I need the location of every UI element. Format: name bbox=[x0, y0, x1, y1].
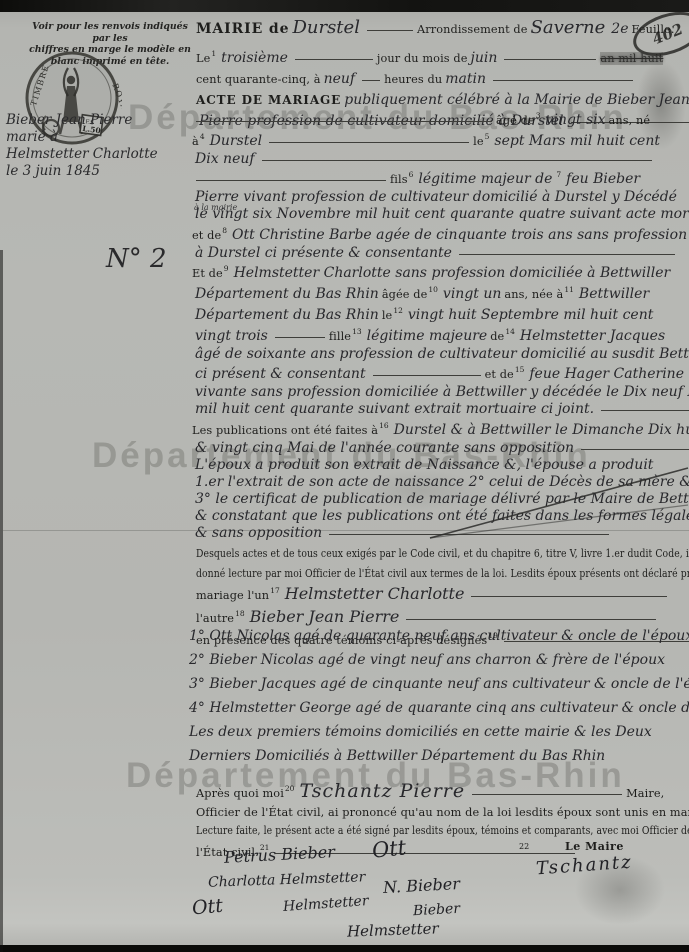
handwritten-text: troisième bbox=[221, 50, 288, 66]
text-line: Et de9Helmstetter Charlotte sans profess… bbox=[192, 261, 688, 282]
signature: Helmstetter bbox=[283, 893, 369, 915]
signature: N. Bieber bbox=[383, 874, 461, 897]
handwritten-text: vingt trois bbox=[195, 328, 268, 344]
handwritten-text: & vingt cinq Mai de l'année courante san… bbox=[195, 440, 574, 456]
handwritten-text: vingt six bbox=[546, 112, 606, 128]
printed-text: cent quarante-cinq, à bbox=[196, 73, 321, 86]
form-rule bbox=[367, 27, 413, 31]
revenue-stamp-left-text: TIMBRE bbox=[29, 63, 51, 107]
form-rule bbox=[329, 531, 609, 535]
handwritten-text: 3° Bieber Jacques agé de cinquante neuf … bbox=[189, 676, 689, 692]
form-rule bbox=[196, 177, 386, 181]
footnote-ref: 1 bbox=[211, 49, 216, 58]
text-line: 1° Ott Nicolas agé de quarante neuf ans … bbox=[186, 624, 686, 648]
handwritten-text: 4° Helmstetter George agé de quarante ci… bbox=[189, 700, 689, 716]
handwritten-text: Ott Christine Barbe agée de cinquante tr… bbox=[232, 227, 689, 243]
form-rule bbox=[471, 593, 667, 597]
text-line: le vingt six Novembre mil huit cent quar… bbox=[192, 205, 688, 222]
text-line: L'époux a produit son extrait de Naissan… bbox=[192, 456, 688, 473]
form-rule bbox=[196, 118, 492, 122]
printed-text: heures du bbox=[384, 73, 442, 86]
handwritten-text: 3° le certificat de publication de maria… bbox=[195, 491, 689, 507]
form-rule bbox=[472, 791, 622, 795]
printed-text: âgée de bbox=[382, 288, 428, 301]
text-line: ACTE DE MARIAGEpubliquement célébré à la… bbox=[196, 89, 686, 110]
handwritten-text: Dix neuf bbox=[195, 151, 255, 167]
footnote-ref: 12 bbox=[393, 306, 403, 315]
form-rule bbox=[295, 56, 373, 60]
text-line: Officier de l'État civil, ai prononcé qu… bbox=[196, 803, 686, 822]
text-line: Après quoi moi20Tschantz PierreMaire, bbox=[196, 781, 686, 803]
printed-text: Le bbox=[196, 52, 210, 65]
text-line: mil huit cent quarante suivant extrait m… bbox=[192, 400, 688, 417]
footnote-ref: 16 bbox=[379, 421, 389, 430]
printed-text: donné lecture par moi Officier de l'État… bbox=[196, 567, 689, 580]
handwritten-text: Durstel bbox=[292, 17, 360, 38]
text-line: Pierre vivant profession de cultivateur … bbox=[192, 188, 688, 205]
handwritten-text: juin bbox=[471, 50, 498, 66]
handwritten-text: Tschantz Pierre bbox=[299, 780, 465, 802]
text-line: Le1troisièmejour du mois dejuinan mil hu… bbox=[196, 44, 686, 68]
handwritten-text: le vingt six Novembre mil huit cent quar… bbox=[195, 206, 689, 222]
interline-correction: à la mairie bbox=[194, 203, 237, 212]
printed-margin-instruction-line2: chiffres en marge le modèle en blanc imp… bbox=[26, 44, 194, 67]
handwritten-text: L'époux a produit son extrait de Naissan… bbox=[195, 457, 653, 473]
text-line: & constatant que les publications ont ét… bbox=[192, 507, 688, 524]
footnote-ref: 20 bbox=[285, 784, 295, 793]
form-rule bbox=[601, 407, 689, 411]
text-line: & sans opposition bbox=[192, 524, 688, 541]
handwritten-text: vingt un bbox=[443, 286, 501, 302]
handwritten-text: Helmstetter Charlotte sans profession do… bbox=[234, 265, 671, 281]
handwritten-text: légitime majeur de bbox=[418, 171, 552, 187]
printed-text: mariage l'un bbox=[196, 589, 269, 602]
handwritten-text: Durstel & à Bettwiller le Dimanche Dix h… bbox=[394, 422, 689, 438]
text-line: 4° Helmstetter George agé de quarante ci… bbox=[186, 696, 686, 720]
text-line: Derniers Domiciliés à Bettwiller Départe… bbox=[186, 744, 686, 768]
handwritten-text: 2e bbox=[611, 21, 628, 37]
text-line: à Durstel ci présente & consentante bbox=[192, 244, 688, 261]
handwritten-text: Bettwiller bbox=[579, 286, 649, 302]
signature: Helmstetter bbox=[347, 919, 439, 940]
margin-annotation-line: Helmstetter Charlotte bbox=[6, 146, 186, 163]
printed-text: ans, né bbox=[609, 114, 651, 127]
printed-text: à bbox=[192, 135, 199, 148]
handwritten-text: feu Bieber bbox=[566, 171, 640, 187]
printed-margin-instruction: Voir pour les renvois indiqués par les c… bbox=[26, 21, 194, 67]
form-rule bbox=[459, 251, 675, 255]
footnote-ref: 18 bbox=[235, 609, 245, 618]
printed-text: et de bbox=[192, 229, 221, 242]
handwritten-text: vingt huit Septembre mil huit cent bbox=[408, 307, 653, 323]
footnote-ref: 14 bbox=[505, 327, 515, 336]
text-line: vivante sans profession domiciliée à Bet… bbox=[192, 383, 688, 400]
text-line: MAIRIE deDurstelArrondissement deSaverne… bbox=[196, 13, 686, 44]
handwritten-text: matin bbox=[445, 71, 486, 87]
text-line: vingt troisfille13légitime majeurede14He… bbox=[192, 324, 688, 345]
handwritten-text: à Durstel ci présente & consentante bbox=[195, 245, 452, 261]
footnote-ref: 5 bbox=[485, 132, 490, 141]
form-rule bbox=[373, 372, 481, 376]
handwritten-text: âgé de soixante ans profession de cultiv… bbox=[195, 346, 689, 362]
text-line: Les publications ont été faites à16Durst… bbox=[192, 418, 688, 439]
scanned-marriage-act-page: Département du Bas-Rhin Département du B… bbox=[0, 0, 689, 952]
printed-text: MAIRIE de bbox=[196, 21, 289, 37]
form-rule bbox=[275, 334, 325, 338]
printed-text: ans, née à bbox=[504, 288, 563, 301]
handwritten-text: Les deux premiers témoins domiciliés en … bbox=[189, 724, 652, 740]
handwritten-text: & sans opposition bbox=[195, 525, 322, 541]
footnote-ref: 3 bbox=[536, 111, 541, 120]
margin-annotation-line: Bieber Jean Pierre bbox=[6, 112, 186, 129]
printed-text: Arrondissement de bbox=[417, 23, 528, 36]
printed-text: de bbox=[490, 330, 504, 343]
text-line: Les deux premiers témoins domiciliés en … bbox=[186, 720, 686, 744]
footnote-ref: 11 bbox=[564, 285, 574, 294]
handwritten-text: sept Mars mil huit cent bbox=[494, 133, 660, 149]
form-rule bbox=[275, 850, 575, 854]
printed-text: Après quoi moi bbox=[196, 787, 284, 800]
printed-text: l'État civil. bbox=[196, 846, 259, 859]
handwritten-text: feue Hager Catherine bbox=[529, 366, 684, 382]
printed-text: Officier de l'État civil, ai prononcé qu… bbox=[196, 806, 689, 819]
text-line: & vingt cinq Mai de l'année courante san… bbox=[192, 439, 688, 456]
handwritten-text: & constatant que les publications ont ét… bbox=[195, 508, 689, 524]
printed-text: Maire, bbox=[626, 787, 664, 800]
footnote-ref: 10 bbox=[428, 285, 438, 294]
act-body-block: âgé de3vingt sixans, néà4Durstelle5sept … bbox=[192, 108, 688, 541]
printed-text: âgé de bbox=[496, 114, 535, 127]
printed-text: Les publications ont été faites à bbox=[192, 424, 378, 437]
form-rule bbox=[362, 77, 380, 81]
text-line: à4Durstelle5sept Mars mil huit cent bbox=[192, 129, 688, 150]
printed-text: le bbox=[473, 135, 484, 148]
footnote-ref-22: 22 bbox=[519, 842, 529, 851]
footnote-ref: 6 bbox=[409, 170, 414, 179]
text-line: Desquels actes et de tous ceux exigés pa… bbox=[196, 543, 598, 563]
ink-smudge bbox=[575, 855, 665, 925]
text-line: et de8Ott Christine Barbe agée de cinqua… bbox=[192, 223, 688, 244]
text-line: 1.er l'extrait de son acte de naissance … bbox=[192, 473, 688, 490]
handwritten-text: mil huit cent quarante suivant extrait m… bbox=[195, 401, 594, 417]
text-line: âgé de3vingt sixans, né bbox=[192, 108, 688, 129]
handwritten-text: neuf bbox=[324, 71, 356, 87]
printed-text: fils bbox=[390, 173, 408, 186]
signature: Ott bbox=[191, 895, 224, 920]
form-rule bbox=[269, 139, 469, 143]
text-line: Dix neuf bbox=[192, 150, 688, 167]
handwritten-text: 2° Bieber Nicolas agé de vingt neuf ans … bbox=[189, 652, 665, 668]
footnote-ref: 13 bbox=[352, 327, 362, 336]
printed-text: Feuille. bbox=[631, 23, 674, 36]
handwritten-text: vivante sans profession domiciliée à Bet… bbox=[195, 384, 689, 400]
printed-text: ACTE DE MARIAGE bbox=[196, 93, 341, 107]
scan-edge-left bbox=[0, 250, 3, 952]
text-line: donné lecture par moi Officier de l'État… bbox=[196, 563, 598, 583]
handwritten-text: Durstel bbox=[210, 133, 263, 149]
handwritten-text: publiquement célébré à la Mairie de Bieb… bbox=[344, 92, 689, 108]
margin-annotation-line: marié à bbox=[6, 129, 186, 146]
handwritten-text: légitime majeure bbox=[367, 328, 488, 344]
printed-text: l'autre bbox=[196, 612, 234, 625]
scan-edge-bottom bbox=[0, 945, 689, 952]
handwritten-text: 1° Ott Nicolas agé de quarante neuf ans … bbox=[189, 628, 689, 644]
margin-annotation: Bieber Jean Pierre marié à Helmstetter C… bbox=[6, 112, 186, 180]
form-rule bbox=[406, 616, 656, 620]
handwritten-text: Département du Bas Rhin bbox=[195, 307, 379, 323]
text-line: fils6légitime majeur de7feu Bieber bbox=[192, 167, 688, 188]
signature: Bieber bbox=[413, 901, 461, 919]
printed-margin-instruction-line1: Voir pour les renvois indiqués par les bbox=[26, 21, 194, 44]
text-line: âgé de soixante ans profession de cultiv… bbox=[192, 345, 688, 362]
printed-text: jour du mois de bbox=[377, 52, 468, 65]
scan-edge-top bbox=[0, 0, 689, 12]
witnesses-block: 1° Ott Nicolas agé de quarante neuf ans … bbox=[186, 624, 686, 768]
text-line: mariage l'un17Helmstetter Charlotte bbox=[196, 582, 686, 605]
form-rule bbox=[493, 77, 633, 81]
footnote-ref: 15 bbox=[515, 365, 525, 374]
footnote-ref: 9 bbox=[224, 264, 229, 273]
handwritten-text: Pierre vivant profession de cultivateur … bbox=[195, 189, 677, 205]
text-line: 2° Bieber Nicolas agé de vingt neuf ans … bbox=[186, 648, 686, 672]
margin-annotation-line: le 3 juin 1845 bbox=[6, 163, 186, 180]
text-line: 3° le certificat de publication de maria… bbox=[192, 490, 688, 507]
printed-text: an mil huit bbox=[600, 52, 663, 65]
form-rule bbox=[581, 446, 689, 450]
text-line: cent quarante-cinq, àneufheures dumatin bbox=[196, 68, 686, 89]
handwritten-text: Helmstetter Jacques bbox=[520, 328, 665, 344]
printed-text: et de bbox=[485, 368, 514, 381]
printed-text: Et de bbox=[192, 267, 223, 280]
handwritten-text: 1.er l'extrait de son acte de naissance … bbox=[195, 474, 689, 490]
handwritten-text: Helmstetter Charlotte bbox=[285, 584, 465, 603]
printed-text: Desquels actes et de tous ceux exigés pa… bbox=[196, 547, 689, 560]
footnote-ref: 7 bbox=[556, 170, 561, 179]
text-line: ci présent & consentantet de15feue Hager… bbox=[192, 362, 688, 383]
printed-text: fille bbox=[329, 330, 351, 343]
printed-text: le bbox=[382, 309, 393, 322]
signature: Charlotta Helmstetter bbox=[208, 869, 366, 890]
handwritten-text: ci présent & consentant bbox=[195, 366, 366, 382]
footnote-ref: 8 bbox=[222, 226, 227, 235]
le-maire-label: Le Maire bbox=[565, 840, 624, 853]
handwritten-text: Saverne bbox=[531, 17, 606, 38]
text-line: 3° Bieber Jacques agé de cinquante neuf … bbox=[186, 672, 686, 696]
printed-text: Lecture faite, le présent acte a été sig… bbox=[196, 824, 689, 837]
act-number: N° 2 bbox=[106, 244, 167, 274]
handwritten-text: Département du Bas Rhin bbox=[195, 286, 379, 302]
handwritten-text: Derniers Domiciliés à Bettwiller Départe… bbox=[189, 748, 605, 764]
footnote-ref: 4 bbox=[200, 132, 205, 141]
handwritten-text: Bieber Jean Pierre bbox=[250, 607, 400, 626]
text-line: Département du Bas Rhinle12vingt huit Se… bbox=[192, 303, 688, 324]
text-line: Département du Bas Rhinâgée de10vingt un… bbox=[192, 282, 688, 303]
form-rule bbox=[504, 56, 596, 60]
footnote-ref: 21 bbox=[260, 843, 270, 852]
text-line: Lecture faite, le présent acte a été sig… bbox=[196, 821, 598, 840]
form-rule bbox=[262, 157, 652, 161]
footnote-ref: 17 bbox=[270, 586, 280, 595]
